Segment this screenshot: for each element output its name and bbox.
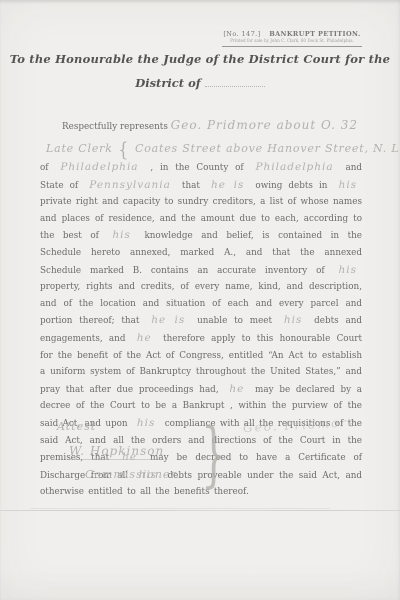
page-title-line1: To the Honourable the Judge of the Distr…	[0, 52, 400, 66]
handwritten-fill: he	[137, 332, 152, 344]
brace-open-mark: {	[119, 137, 129, 161]
header-label-title-row: [No. 147.] BANKRUPT PETITION.	[222, 30, 362, 38]
handwritten-fill: his	[112, 229, 131, 241]
witness-signature-script: W. Hopkinson	[69, 444, 164, 460]
form-title: BANKRUPT PETITION.	[269, 30, 360, 38]
petitioner-name-script: Geo. Pridmore about O. 32	[171, 118, 358, 132]
handwritten-fill: his	[284, 314, 303, 326]
address-script: Coates Street above Hanover Street, N. L…	[135, 142, 400, 155]
district-blank-line	[205, 76, 265, 87]
intro-line-2: Late Clerk { Coates Street above Hanover…	[46, 137, 376, 161]
commissioner-script: Commissioner	[85, 468, 177, 481]
fold-crease-line	[0, 510, 400, 511]
printed-text: unable to meet	[197, 316, 272, 326]
handwritten-fill: his	[338, 264, 357, 276]
printed-text: of	[40, 163, 49, 173]
handwritten-fill: Philadelphia	[60, 161, 138, 173]
printed-text: , in the County of	[150, 163, 243, 173]
fold-crease-shadow	[30, 508, 330, 509]
intro-line-1: Respectfully represents Geo. Pridmore ab…	[62, 118, 392, 132]
printed-text: owing debts in	[255, 181, 327, 191]
document-page: [No. 147.] BANKRUPT PETITION. Printed fo…	[0, 0, 400, 600]
handwritten-fill: he is	[151, 314, 185, 326]
handwritten-fill: he is	[211, 179, 244, 191]
handwritten-fill: Pennsylvania	[89, 179, 171, 191]
attest-brace-mark: }	[201, 412, 227, 496]
attest-script: Attest	[57, 420, 96, 433]
handwritten-fill: Philadelphia	[255, 161, 333, 173]
header-label: [No. 147.] BANKRUPT PETITION. Printed fo…	[222, 30, 362, 47]
page-title-line2-text: District of	[135, 76, 201, 90]
form-number: [No. 147.]	[223, 30, 260, 38]
attestation-block: Attest W. Hopkinson Commissioner } Geo. …	[55, 418, 355, 503]
printed-text: that	[182, 181, 200, 191]
occupation-script: Late Clerk	[46, 142, 113, 155]
respectfully-label: Respectfully represents	[62, 122, 168, 132]
petitioner-signature-script: Geo. Pridmore	[243, 415, 358, 435]
handwritten-fill: his	[339, 179, 358, 191]
handwritten-fill: he	[229, 383, 244, 395]
page-title-line2: District of	[0, 76, 400, 90]
printer-imprint: Printed for sale by John C. Clark, 60 Do…	[228, 39, 357, 44]
